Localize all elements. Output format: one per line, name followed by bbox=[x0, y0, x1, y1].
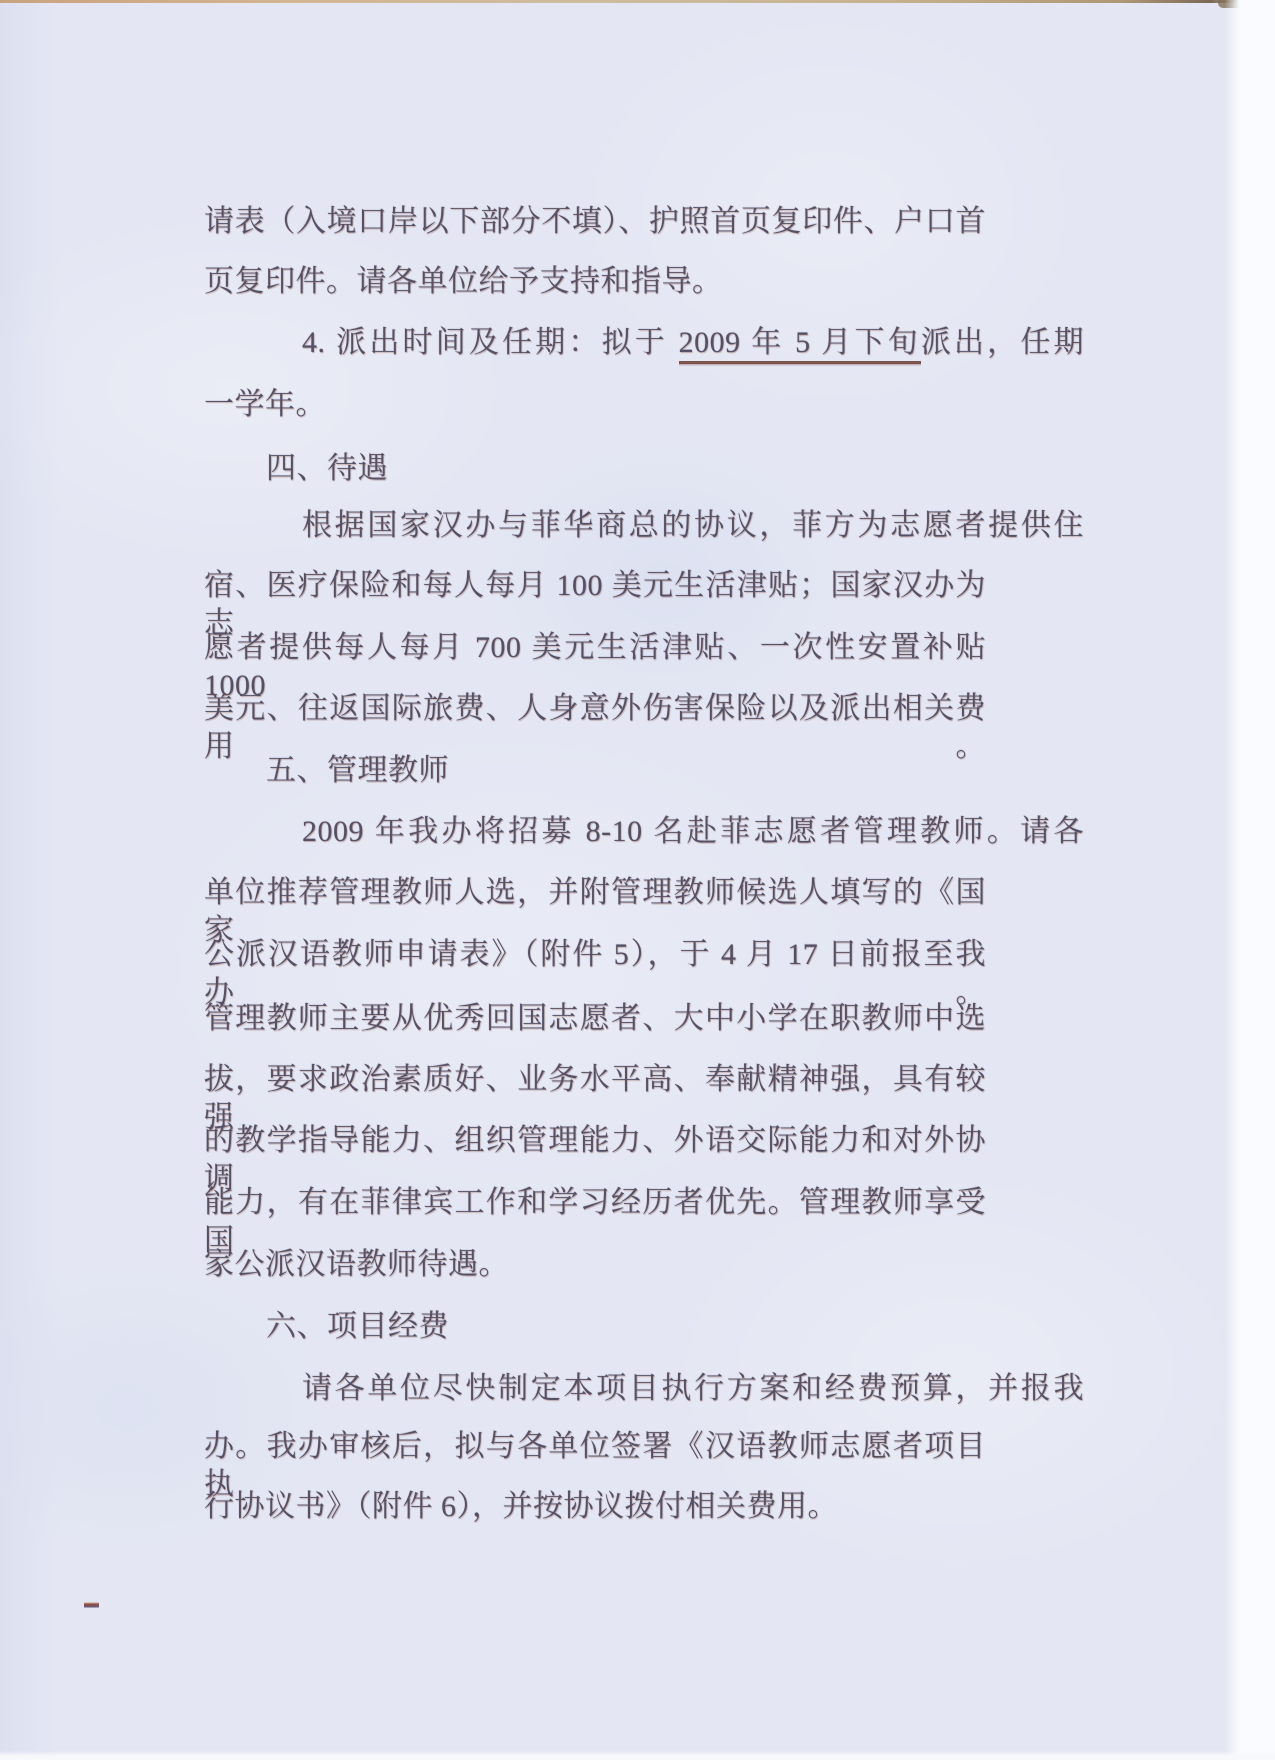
text-line: 2009 年我办将招募 8-10 名赴菲志愿者管理教师。请各 bbox=[204, 813, 1084, 851]
document-text: 请表（入境口岸以下部分不填）、护照首页复印件、户口首 页复印件。请各单位给予支持… bbox=[0, 0, 1275, 1760]
underlined-date: 2009 年 5 月下旬 bbox=[679, 326, 921, 364]
scanned-page: 请表（入境口岸以下部分不填）、护照首页复印件、户口首 页复印件。请各单位给予支持… bbox=[0, 0, 1275, 1760]
text-line: 行协议书》（附件 6），并按协议拨付相关费用。 bbox=[204, 1488, 986, 1526]
line-prefix: 4. 派出时间及任期：拟于 bbox=[302, 326, 679, 359]
text-line: 家公派汉语教师待遇。 bbox=[204, 1246, 986, 1284]
section-heading-project-funds: 六、项目经费 bbox=[204, 1308, 1048, 1346]
text-line: 请表（入境口岸以下部分不填）、护照首页复印件、户口首 bbox=[204, 203, 986, 241]
scan-top-edge-artifact bbox=[0, 0, 1275, 3]
text-line-dispatch-date: 4. 派出时间及任期：拟于 2009 年 5 月下旬派出，任期 bbox=[204, 324, 1084, 362]
scan-right-margin bbox=[1225, 0, 1275, 1760]
text-line: 请各单位尽快制定本项目执行方案和经费预算，并报我 bbox=[204, 1370, 1084, 1408]
section-heading-treatment: 四、待遇 bbox=[204, 450, 1048, 488]
section-heading-management-teachers: 五、管理教师 bbox=[204, 752, 1048, 790]
text-line: 管理教师主要从优秀回国志愿者、大中小学在职教师中选 bbox=[204, 1000, 986, 1038]
text-line: 根据国家汉办与菲华商总的协议，菲方为志愿者提供住 bbox=[204, 507, 1084, 545]
scan-bottom-edge bbox=[0, 1751, 1275, 1760]
line-suffix: 派出，任期 bbox=[921, 326, 1084, 359]
stray-ink-mark bbox=[84, 1602, 99, 1608]
text-line: 页复印件。请各单位给予支持和指导。 bbox=[204, 263, 986, 301]
text-line: 一学年。 bbox=[204, 386, 986, 424]
